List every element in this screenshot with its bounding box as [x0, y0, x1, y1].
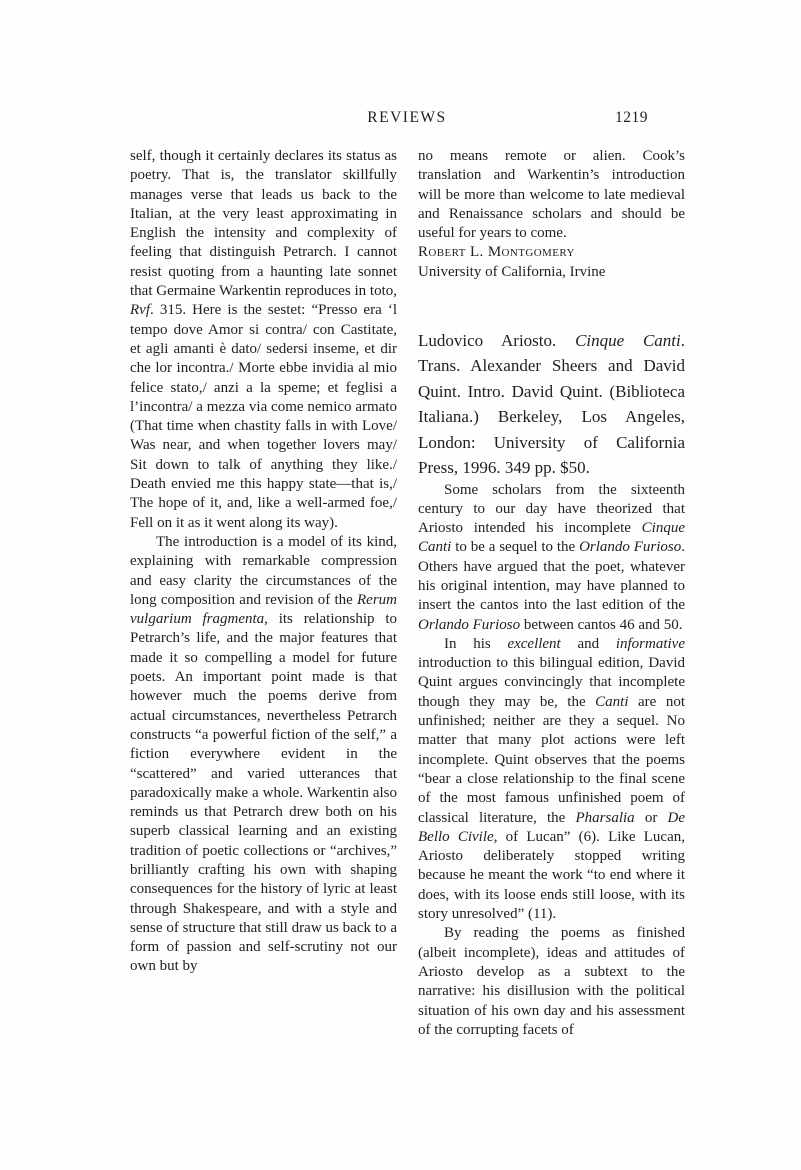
italic-text-run: excellent — [507, 636, 560, 652]
italic-text-run: Orlando Furioso — [579, 539, 681, 555]
text-run: , its relationship to Petrarch’s life, a… — [130, 611, 397, 974]
body-paragraph: In his excellent and informative introdu… — [418, 635, 685, 924]
right-column: no means remote or alien. Cook’s transla… — [418, 147, 685, 1040]
left-column: self, though it certainly declares its s… — [130, 147, 397, 1040]
text-run: . 315. Here is the sestet: “Presso era ‘… — [130, 302, 397, 530]
text-run: to be a sequel to the — [451, 539, 579, 555]
page-number: 1219 — [615, 108, 648, 128]
body-paragraph: no means remote or alien. Cook’s transla… — [418, 147, 685, 243]
journal-page: REVIEWS 1219 self, though it certainly d… — [0, 0, 801, 1170]
running-head: REVIEWS 1219 — [130, 108, 684, 128]
body-paragraph: By reading the poems as finished (albeit… — [418, 924, 685, 1040]
book-citation-heading: Ludovico Ariosto. Cinque Canti. Trans. A… — [418, 328, 685, 480]
text-run: . Trans. Alexander Sheers and David Quin… — [418, 331, 685, 477]
text-run: and — [561, 636, 616, 652]
section-title: REVIEWS — [130, 108, 684, 128]
italic-text-run: Cinque Canti — [575, 331, 681, 350]
text-run: In his — [444, 636, 507, 652]
text-columns: self, though it certainly declares its s… — [130, 147, 686, 1040]
italic-text-run: Canti — [595, 694, 628, 710]
italic-text-run: Orlando Furioso — [418, 617, 520, 633]
reviewer-name: Robert L. Montgomery — [418, 243, 685, 262]
text-run: Ludovico Ariosto. — [418, 331, 575, 350]
text-run: or — [635, 810, 668, 826]
body-paragraph: Some scholars from the sixteenth century… — [418, 481, 685, 635]
reviewer-affiliation: University of California, Irvine — [418, 263, 685, 282]
text-run: no means remote or alien. Cook’s transla… — [418, 148, 685, 241]
text-run: self, though it certainly declares its s… — [130, 148, 397, 299]
body-paragraph: self, though it certainly declares its s… — [130, 147, 397, 533]
reviewer-signature: Robert L. MontgomeryUniversity of Califo… — [418, 243, 685, 282]
text-run: between cantos 46 and 50. — [520, 617, 682, 633]
italic-text-run: Rvf — [130, 302, 150, 318]
italic-text-run: Pharsalia — [576, 810, 635, 826]
text-run: are not unfinished; neither are they a s… — [418, 694, 685, 826]
italic-text-run: informative — [616, 636, 685, 652]
body-paragraph: The introduction is a model of its kind,… — [130, 533, 397, 977]
text-run: By reading the poems as finished (albeit… — [418, 925, 685, 1037]
